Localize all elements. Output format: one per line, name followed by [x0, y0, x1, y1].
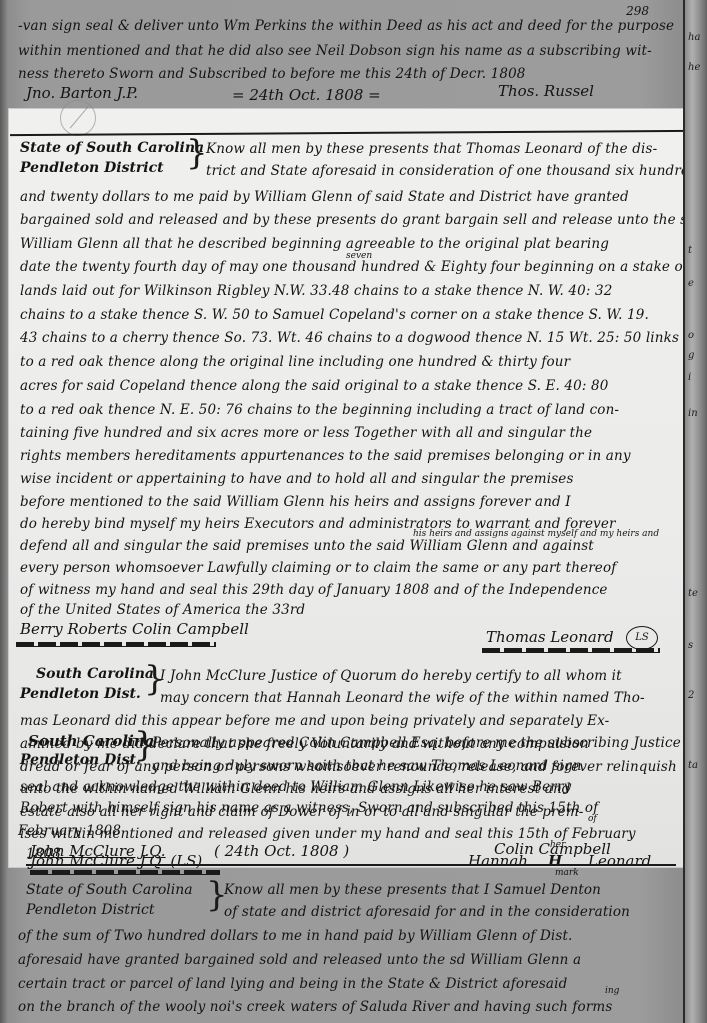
margin-note: ha	[688, 32, 700, 43]
signature-flourish	[16, 642, 216, 647]
margin-note: g	[688, 350, 694, 361]
dower-heading-state: South Carolina	[36, 666, 154, 682]
previous-signature-right: Thos. Russel	[498, 82, 594, 100]
deed-line: date the twenty fourth day of may one th…	[20, 259, 692, 275]
dower-line: I John McClure Justice of Quorum do here…	[160, 668, 622, 684]
document-page: 298 -van sign seal & deliver unto Wm Per…	[0, 0, 707, 1023]
book-binding-margin: ha he t e o g i in te s ta 2	[683, 0, 707, 1023]
grantor-signature: Thomas Leonard	[486, 628, 614, 646]
deed-line: William Glenn all that he described begi…	[20, 236, 609, 252]
proof-line: seal and acknowledge the within deed to …	[20, 779, 571, 795]
deed-line: trict and State aforesaid in considerati…	[206, 163, 698, 179]
deed-line: to a red oak thence along the original l…	[20, 354, 570, 370]
margin-note: he	[688, 62, 700, 73]
next-line: Know all men by these presents that I Sa…	[224, 882, 601, 898]
deed-line: taining five hundred and six acres more …	[20, 425, 592, 441]
previous-line: within mentioned and that he did also se…	[18, 43, 652, 59]
dower-heading-district: Pendleton Dist.	[20, 686, 141, 702]
brace-icon: }	[186, 136, 208, 170]
interlinear-note: ing	[605, 986, 619, 996]
signature-flourish	[482, 648, 660, 653]
proof-heading-district: Pendleton Dist.	[20, 752, 141, 768]
page-number: 298	[626, 4, 649, 18]
deed-line: to a red oak thence N. E. 50: 76 chains …	[20, 402, 619, 418]
deed-heading-district: Pendleton District	[20, 160, 164, 176]
deed-line: bargained sold and released and by these…	[20, 212, 707, 228]
previous-signature-left: Jno. Barton J.P.	[26, 84, 138, 102]
deed-line: 43 chains to a cherry thence So. 73. Wt.…	[20, 330, 679, 346]
next-record: State of South Carolina Pendleton Distri…	[0, 868, 683, 1023]
previous-record: 298 -van sign seal & deliver unto Wm Per…	[0, 0, 683, 108]
section-divider	[10, 130, 690, 136]
proof-witness-signature: Colin Campbell	[494, 840, 611, 858]
proof-justice-signature: John McClure J.Q.	[30, 842, 166, 860]
dower-line: may concern that Hannah Leonard the wife…	[160, 690, 645, 706]
proof-recorded-date: ( 24th Oct. 1808 )	[214, 842, 349, 860]
deed-line: every person whomsoever Lawfully claimin…	[20, 560, 616, 576]
margin-note: ta	[688, 760, 698, 771]
seal-icon: LS	[626, 626, 658, 650]
margin-note: in	[688, 408, 698, 419]
next-heading-district: Pendleton District	[26, 902, 155, 918]
margin-note: s	[688, 640, 693, 651]
deed-line: chains to a stake thence S. W. 50 to Sam…	[20, 307, 649, 323]
deed-line: rights members hereditaments appurtenanc…	[20, 448, 631, 464]
deed-line: defend all and singular the said premise…	[20, 538, 594, 554]
deed-heading-state: State of South Carolina	[20, 140, 204, 156]
deed-line: of witness my hand and seal this 29th da…	[20, 582, 608, 598]
deed-line: lands laid out for Wilkinson Rigbley N.W…	[20, 283, 613, 299]
section-divider	[26, 864, 676, 866]
previous-recorded-date: = 24th Oct. 1808 =	[232, 86, 381, 104]
deed-witnesses: Berry Roberts Colin Campbell	[20, 620, 249, 638]
next-line: of the sum of Two hundred dollars to me …	[18, 928, 573, 944]
deed-line: acres for said Copeland thence along the…	[20, 378, 608, 394]
deed-line: wise incident or appertaining to have an…	[20, 471, 574, 487]
next-line: of state and district aforesaid for and …	[224, 904, 630, 920]
dower-line: mas Leonard did this appear before me an…	[20, 713, 609, 729]
proof-line: Personally appeared Colin Campbell Esq. …	[152, 735, 681, 751]
margin-note: te	[688, 588, 698, 599]
proof-line: Robert with himself sign his name as a w…	[20, 800, 598, 816]
margin-note: i	[688, 372, 691, 383]
next-line: aforesaid have granted bargained sold an…	[18, 952, 581, 968]
margin-note: e	[688, 278, 694, 289]
next-line: certain tract or parcel of land lying an…	[18, 976, 567, 992]
deed-line: and twenty dollars to me paid by William…	[20, 189, 629, 205]
previous-line: ness thereto Sworn and Subscribed to bef…	[18, 66, 526, 82]
stamp-mark-icon	[60, 100, 96, 136]
margin-note: t	[688, 245, 692, 256]
next-heading-state: State of South Carolina	[26, 882, 193, 898]
margin-note: o	[688, 330, 694, 341]
proof-line: and being duly sworn saith that he saw T…	[152, 758, 582, 774]
next-line: on the branch of the wooly noi's creek w…	[18, 999, 612, 1015]
deed-line: Know all men by these presents that Thom…	[206, 141, 657, 157]
proof-line: February 1808	[18, 823, 121, 839]
deed-line: of the United States of America the 33rd	[20, 602, 305, 618]
previous-line: -van sign seal & deliver unto Wm Perkins…	[18, 18, 674, 34]
deed-line: before mentioned to the said William Gle…	[20, 494, 571, 510]
margin-note: 2	[688, 690, 694, 701]
